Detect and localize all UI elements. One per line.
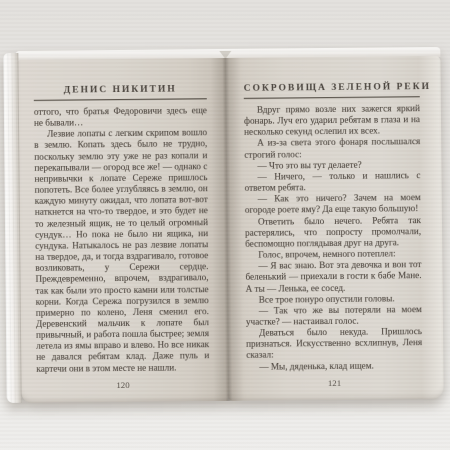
- photo-background: ДЕНИС НИКИТИН оттого, что братья Федоров…: [0, 0, 450, 450]
- paragraph: Лезвие лопаты с легким скрипом вошло в з…: [34, 127, 209, 374]
- paragraph: оттого, что братья Федоровичи здесь еще …: [34, 105, 207, 129]
- paragraph: — Как это ничего? Зачем на моем огороде …: [245, 192, 421, 216]
- right-page-number: 121: [246, 377, 422, 389]
- paragraph: — Я вас знаю. Вот эта девочка и вон тот …: [245, 259, 421, 294]
- page-spread: ДЕНИС НИКИТИН оттого, что братья Федоров…: [18, 56, 443, 403]
- paragraph: Ответить было нечего. Ребята так растеря…: [245, 215, 421, 250]
- right-header-rule: [244, 96, 420, 99]
- paragraph: А из-за света этого фонаря послышался ст…: [244, 137, 420, 161]
- paragraph: — Ничего, — только и нашлись с ответом р…: [244, 170, 420, 194]
- paragraph: Вдруг прямо возле них зажегся яркий фона…: [244, 103, 420, 138]
- open-book: ДЕНИС НИКИТИН оттого, что братья Федоров…: [3, 47, 443, 403]
- paragraph: — Так что же вы потеряли на моем участке…: [246, 304, 422, 328]
- left-page-header: ДЕНИС НИКИТИН: [34, 84, 207, 96]
- right-page-header: СОКРОВИЩА ЗЕЛЕНОЙ РЕКИ: [244, 82, 420, 94]
- right-page: СОКРОВИЩА ЗЕЛЕНОЙ РЕКИ Вдруг прямо возле…: [224, 56, 443, 401]
- paragraph: Деваться было некуда. Пришлось признатьс…: [246, 326, 422, 361]
- left-page-body: оттого, что братья Федоровичи здесь еще …: [34, 105, 210, 374]
- left-header-rule: [34, 98, 207, 101]
- paragraph: — Мы, дяденька, клад ищем.: [246, 360, 422, 373]
- left-page-number: 120: [36, 379, 209, 391]
- right-page-body: Вдруг прямо возле них зажегся яркий фона…: [244, 103, 423, 372]
- left-page: ДЕНИС НИКИТИН оттого, что братья Федоров…: [18, 58, 227, 403]
